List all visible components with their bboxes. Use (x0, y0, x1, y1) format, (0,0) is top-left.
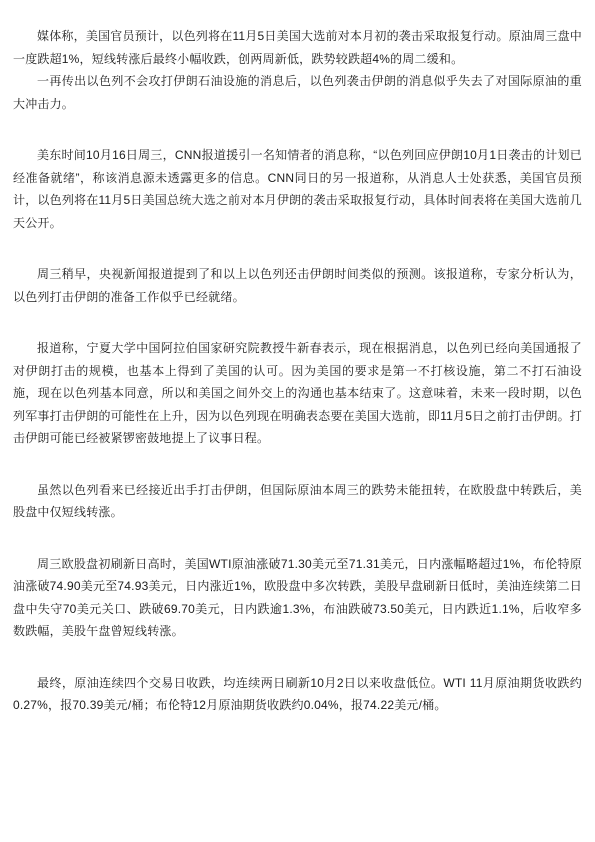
paragraph-oil-impact: 一再传出以色列不会攻打伊朗石油设施的消息后，以色列袭击伊朗的消息似乎失去了对国际… (13, 70, 582, 115)
paragraph-intraday-prices: 周三欧股盘初刷新日高时，美国WTI原油涨破71.30美元至71.31美元，日内涨… (13, 553, 582, 643)
paragraph-expert-analysis: 报道称，宁夏大学中国阿拉伯国家研究院教授牛新春表示，现在根据消息，以色列已经向美… (13, 337, 582, 450)
paragraph-closing-prices: 最终，原油连续四个交易日收跌，均连续两日刷新10月2日以来收盘低位。WTI 11… (13, 672, 582, 717)
article-body: 媒体称，美国官员预计，以色列将在11月5日美国大选前对本月初的袭击采取报复行动。… (13, 25, 582, 717)
paragraph-cnn-report: 美东时间10月16日周三，CNN报道援引一名知情者的消息称，“以色列回应伊朗10… (13, 144, 582, 234)
paragraph-media-forecast: 媒体称，美国官员预计，以色列将在11月5日美国大选前对本月初的袭击采取报复行动。… (13, 25, 582, 70)
paragraph-market-reaction: 虽然以色列看来已经接近出手打击伊朗，但国际原油本周三的跌势未能扭转，在欧股盘中转… (13, 479, 582, 524)
document-page: 媒体称，美国官员预计，以色列将在11月5日美国大选前对本月初的袭击采取报复行动。… (0, 0, 595, 842)
paragraph-cctv-prediction: 周三稍早，央视新闻报道提到了和以上以色列还击伊朗时间类似的预测。该报道称，专家分… (13, 263, 582, 308)
